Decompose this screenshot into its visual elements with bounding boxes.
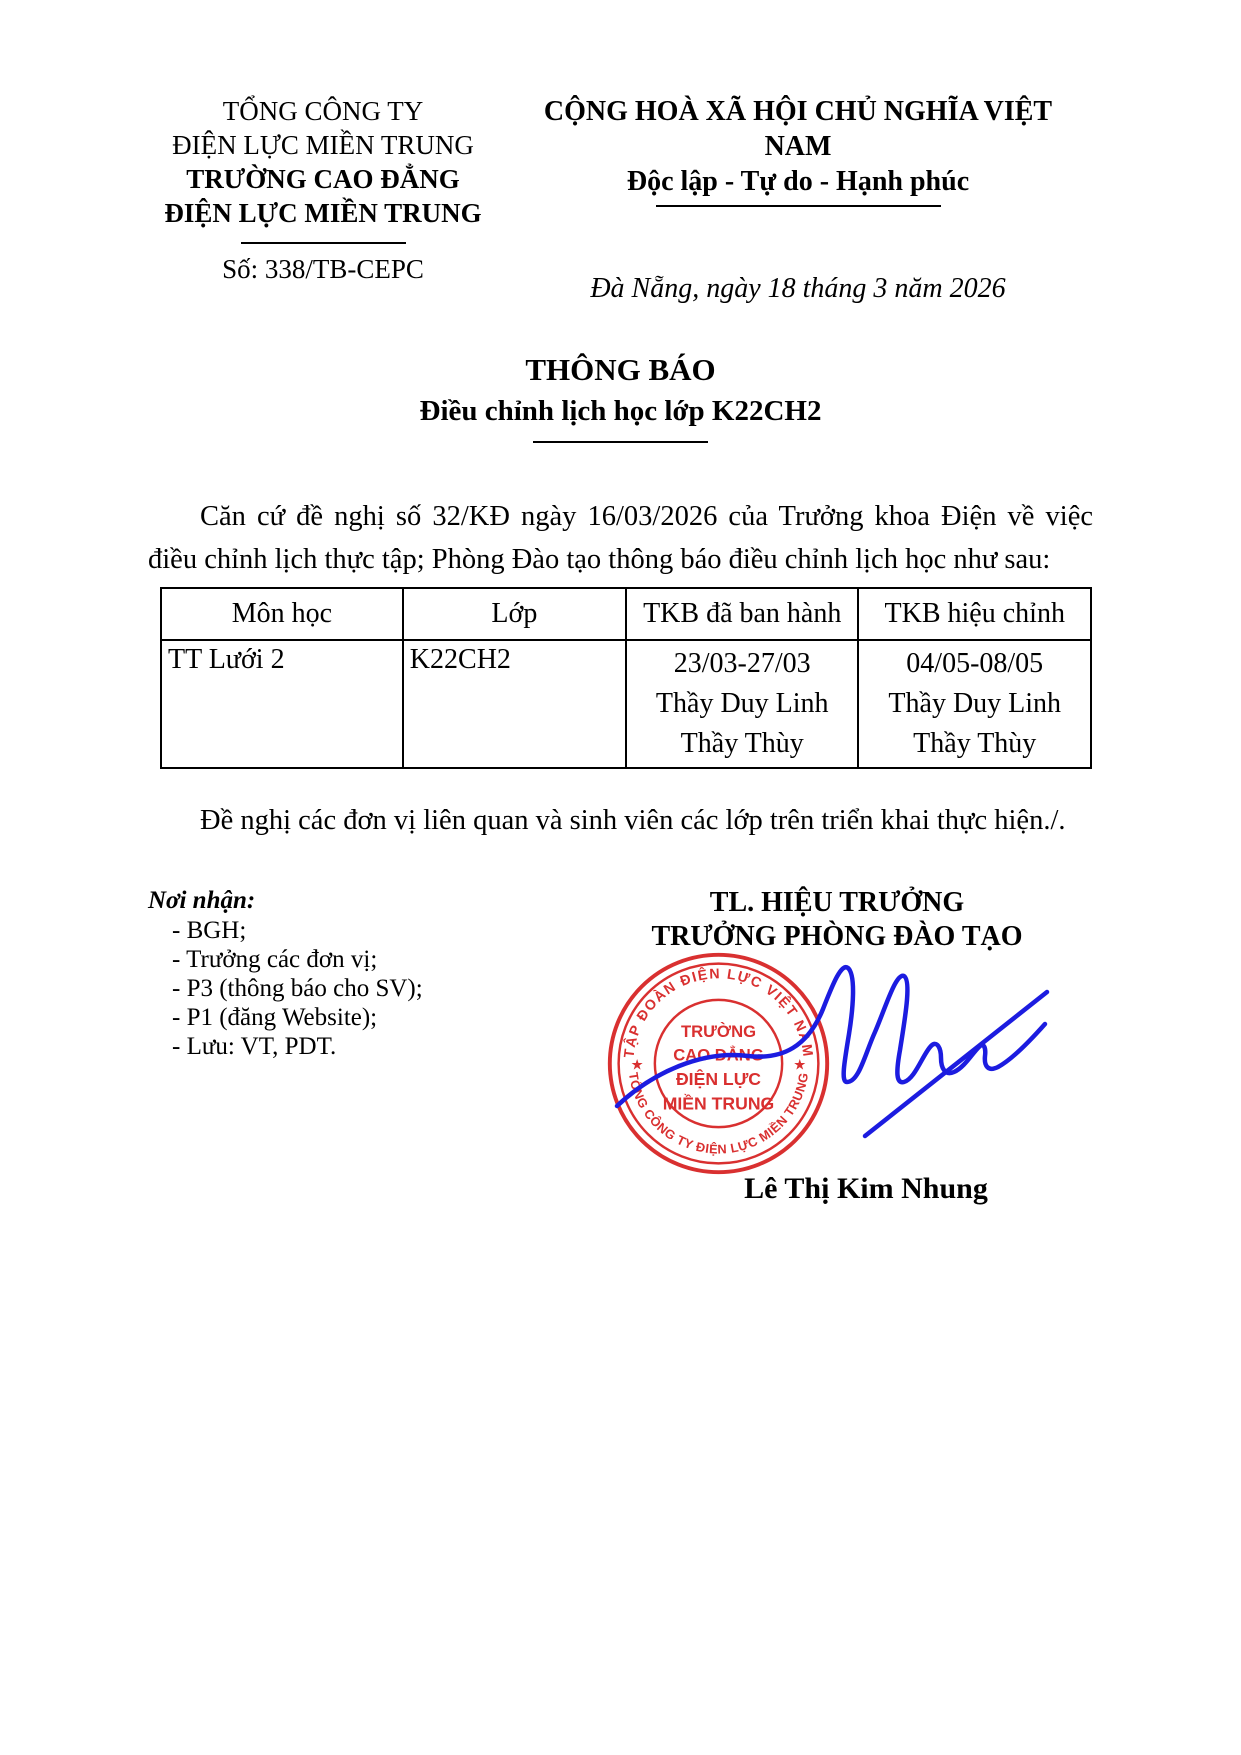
org-separator-rule: [241, 242, 406, 244]
document-page: TỔNG CÔNG TY ĐIỆN LỰC MIỀN TRUNG TRƯỜNG …: [0, 0, 1241, 1755]
cell-tkb-moi: 04/05-08/05 Thầy Duy Linh Thầy Thùy: [858, 640, 1091, 768]
title-block: THÔNG BÁO Điều chỉnh lịch học lớp K22CH2: [148, 351, 1093, 443]
tkb-moi-dates: 04/05-08/05: [865, 644, 1084, 684]
cell-tkb-cu: 23/03-27/03 Thầy Duy Linh Thầy Thùy: [626, 640, 859, 768]
closing-paragraph: Đề nghị các đơn vị liên quan và sinh viê…: [148, 799, 1093, 842]
national-motto: Độc lập - Tự do - Hạnh phúc: [518, 164, 1078, 199]
document-number: Số: 338/TB-CEPC: [148, 252, 498, 286]
recipients-block: Nơi nhận: - BGH; - Trưởng các đơn vị; - …: [148, 886, 518, 1206]
signature-block: TL. HIỆU TRƯỞNG TRƯỞNG PHÒNG ĐÀO TẠO: [557, 886, 1117, 1206]
header-tkb-hieu-chinh: TKB hiệu chỉnh: [858, 588, 1091, 640]
authority-line-1: TL. HIỆU TRƯỞNG: [557, 886, 1117, 920]
recipient-item: - BGH;: [148, 916, 518, 945]
cell-lop: K22CH2: [403, 640, 626, 768]
document-footer: Nơi nhận: - BGH; - Trưởng các đơn vị; - …: [148, 886, 1093, 1206]
tkb-moi-teacher1: Thầy Duy Linh: [865, 684, 1084, 724]
recipient-item: - Lưu: VT, PDT.: [148, 1032, 518, 1061]
cell-mon-hoc: TT Lưới 2: [161, 640, 403, 768]
recipient-item: - P1 (đăng Website);: [148, 1003, 518, 1032]
org-parent-line2: ĐIỆN LỰC MIỀN TRUNG: [148, 128, 498, 162]
stamp-and-signature-area: TẬP ĐOÀN ĐIỆN LỰC VIỆT NAM TỔNG CÔNG TY …: [557, 954, 1117, 1170]
national-title: CỘNG HOÀ XÃ HỘI CHỦ NGHĨA VIỆT NAM: [518, 94, 1078, 164]
tkb-cu-teacher1: Thầy Duy Linh: [633, 684, 852, 724]
motto-separator-rule: [656, 205, 941, 207]
document-content: TỔNG CÔNG TY ĐIỆN LỰC MIỀN TRUNG TRƯỜNG …: [0, 0, 1241, 1206]
table-row: TT Lưới 2 K22CH2 23/03-27/03 Thầy Duy Li…: [161, 640, 1091, 768]
schedule-table: Môn học Lớp TKB đã ban hành TKB hiệu chỉ…: [160, 587, 1092, 769]
national-header-block: CỘNG HOÀ XÃ HỘI CHỦ NGHĨA VIỆT NAM Độc l…: [518, 94, 1078, 305]
recipient-item: - Trưởng các đơn vị;: [148, 945, 518, 974]
place-dateline: Đà Nẵng, ngày 18 tháng 3 năm 2026: [518, 273, 1078, 305]
intro-paragraph: Căn cứ đề nghị số 32/KĐ ngày 16/03/2026 …: [148, 495, 1093, 581]
header-lop: Lớp: [403, 588, 626, 640]
org-parent-line1: TỔNG CÔNG TY: [148, 94, 498, 128]
handwritten-signature-icon: [613, 954, 1053, 1154]
issuing-org-block: TỔNG CÔNG TY ĐIỆN LỰC MIỀN TRUNG TRƯỜNG …: [148, 94, 498, 305]
tkb-cu-teacher2: Thầy Thùy: [633, 724, 852, 764]
recipients-label: Nơi nhận:: [148, 886, 518, 916]
tkb-moi-teacher2: Thầy Thùy: [865, 724, 1084, 764]
tkb-cu-dates: 23/03-27/03: [633, 644, 852, 684]
document-subtitle: Điều chỉnh lịch học lớp K22CH2: [148, 393, 1093, 429]
recipient-item: - P3 (thông báo cho SV);: [148, 974, 518, 1003]
org-name-line1: TRƯỜNG CAO ĐẲNG: [148, 162, 498, 196]
document-header: TỔNG CÔNG TY ĐIỆN LỰC MIỀN TRUNG TRƯỜNG …: [148, 94, 1093, 305]
header-tkb-da-ban-hanh: TKB đã ban hành: [626, 588, 859, 640]
title-separator-rule: [533, 441, 708, 443]
header-mon-hoc: Môn học: [161, 588, 403, 640]
table-header-row: Môn học Lớp TKB đã ban hành TKB hiệu chỉ…: [161, 588, 1091, 640]
document-title: THÔNG BÁO: [148, 351, 1093, 389]
org-name-line2: ĐIỆN LỰC MIỀN TRUNG: [148, 196, 498, 230]
